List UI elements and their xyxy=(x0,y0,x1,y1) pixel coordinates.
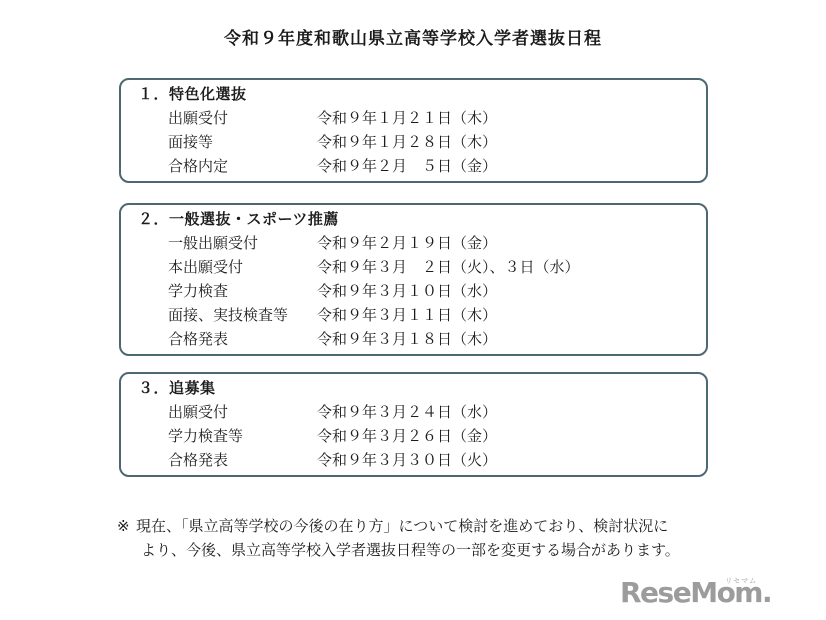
logo-period: . xyxy=(762,576,771,609)
schedule-row: 合格内定 令和９年２月 ５日（金） xyxy=(121,155,706,179)
page-title: 令和９年度和歌山県立高等学校入学者選抜日程 xyxy=(0,24,826,49)
logo-furigana: リセマム xyxy=(725,576,757,586)
row-label: 出願受付 xyxy=(168,107,317,131)
row-value: 令和９年１月２１日（木） xyxy=(317,107,706,131)
row-label: 面接、実技検査等 xyxy=(168,304,317,328)
row-value: 令和９年３月１８日（木） xyxy=(317,328,706,352)
schedule-row: 合格発表 令和９年３月１８日（木） xyxy=(121,328,706,352)
section-heading: １．特色化選抜 xyxy=(121,83,706,107)
row-value: 令和９年３月１０日（水） xyxy=(317,280,706,304)
row-value: 令和９年３月２６日（金） xyxy=(317,425,706,449)
section-heading: ３．追募集 xyxy=(121,377,706,401)
schedule-row: 出願受付 令和９年３月２４日（水） xyxy=(121,401,706,425)
row-value: 令和９年１月２８日（木） xyxy=(317,131,706,155)
schedule-row: 合格発表 令和９年３月３０日（火） xyxy=(121,449,706,473)
row-label: 合格内定 xyxy=(168,155,317,179)
schedule-row: 本出願受付 令和９年３月 ２日（火）、３日（水） xyxy=(121,256,706,280)
footnote-text: 現在、「県立高等学校の今後の在り方」について検討を進めており、検討状況に より、… xyxy=(136,515,680,563)
footnote-line-1: 現在、「県立高等学校の今後の在り方」について検討を進めており、検討状況に xyxy=(136,515,680,539)
row-value: 令和９年３月３０日（火） xyxy=(317,449,706,473)
row-label: 本出願受付 xyxy=(168,256,317,280)
row-value: 令和９年３月１１日（木） xyxy=(317,304,706,328)
row-label: 一般出願受付 xyxy=(168,232,317,256)
schedule-row: 一般出願受付 令和９年２月１９日（金） xyxy=(121,232,706,256)
resemom-logo: リセマムReseMom. xyxy=(620,576,771,610)
section-box-tsuibosyu: ３．追募集 出願受付 令和９年３月２４日（水） 学力検査等 令和９年３月２６日（… xyxy=(119,372,708,477)
row-label: 合格発表 xyxy=(168,449,317,473)
section-box-ippan-senbatsu: ２．一般選抜・スポーツ推薦 一般出願受付 令和９年２月１９日（金） 本出願受付 … xyxy=(119,203,708,356)
row-value: 令和９年２月 ５日（金） xyxy=(317,155,706,179)
row-label: 面接等 xyxy=(168,131,317,155)
row-value: 令和９年３月２４日（水） xyxy=(317,401,706,425)
row-value: 令和９年３月 ２日（火）、３日（水） xyxy=(317,256,706,280)
schedule-row: 面接等 令和９年１月２８日（木） xyxy=(121,131,706,155)
section-heading: ２．一般選抜・スポーツ推薦 xyxy=(121,208,706,232)
row-label: 合格発表 xyxy=(168,328,317,352)
section-box-tokushokuka-senbatsu: １．特色化選抜 出願受付 令和９年１月２１日（木） 面接等 令和９年１月２８日（… xyxy=(119,78,708,183)
footnote: ※ 現在、「県立高等学校の今後の在り方」について検討を進めており、検討状況に よ… xyxy=(117,515,680,563)
document-page: 令和９年度和歌山県立高等学校入学者選抜日程 １．特色化選抜 出願受付 令和９年１… xyxy=(0,0,826,620)
schedule-row: 学力検査等 令和９年３月２６日（金） xyxy=(121,425,706,449)
schedule-row: 出願受付 令和９年１月２１日（木） xyxy=(121,107,706,131)
footnote-line-2: より、今後、県立高等学校入学者選抜日程等の一部を変更する場合があります。 xyxy=(136,539,680,563)
row-label: 学力検査等 xyxy=(168,425,317,449)
footnote-asterisk-mark: ※ xyxy=(117,515,133,563)
schedule-row: 学力検査 令和９年３月１０日（水） xyxy=(121,280,706,304)
row-label: 出願受付 xyxy=(168,401,317,425)
schedule-row: 面接、実技検査等 令和９年３月１１日（木） xyxy=(121,304,706,328)
row-value: 令和９年２月１９日（金） xyxy=(317,232,706,256)
row-label: 学力検査 xyxy=(168,280,317,304)
